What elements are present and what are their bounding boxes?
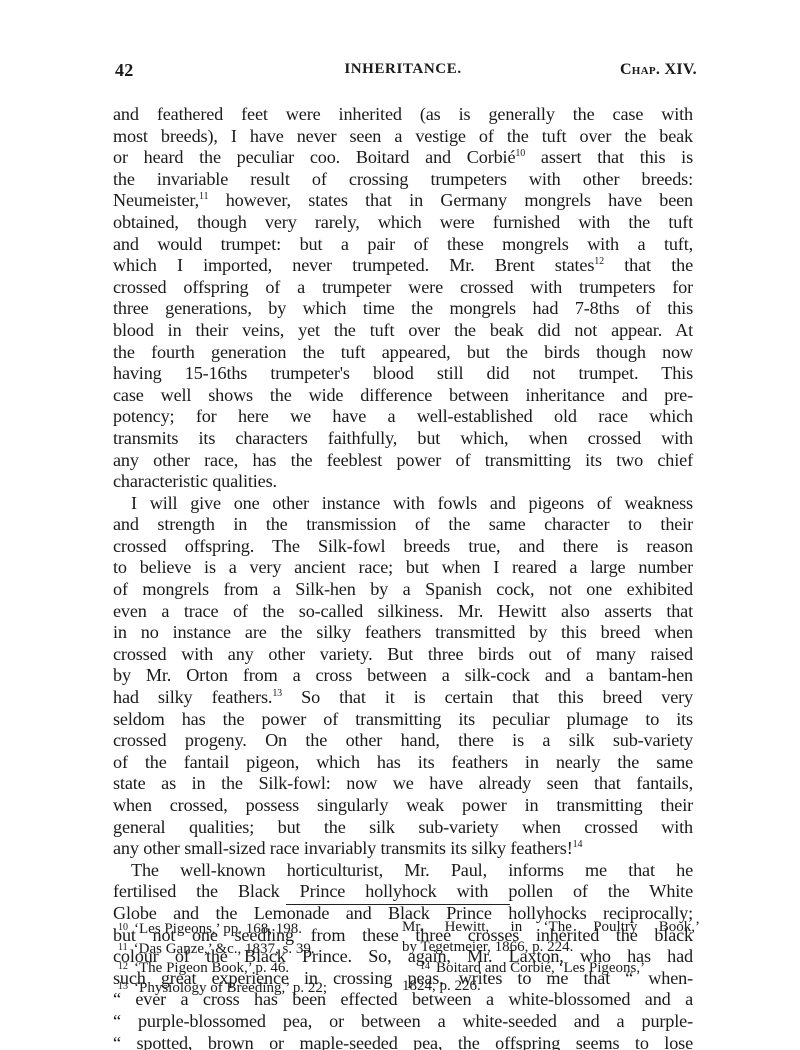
- footnote-line: 14Boitard and Corbié, ‘Les Pigeons,’: [402, 957, 700, 977]
- text-line: and would trumpet: but a pair of these m…: [113, 234, 693, 256]
- text-line: The well-known horticulturist, Mr. Paul,…: [113, 860, 693, 882]
- text-line: the invariable result of crossing trumpe…: [113, 169, 693, 191]
- text-line: and strength in the transmission of the …: [113, 514, 693, 536]
- footnote-number: 13: [118, 981, 128, 992]
- text-line: any other race, has the feeblest power o…: [113, 450, 693, 472]
- text-line: I will give one other instance with fowl…: [113, 493, 693, 515]
- text-line: Neumeister,11 however, states that in Ge…: [113, 190, 693, 212]
- text-line: of mongrels from a Silk-hen by a Spanish…: [113, 579, 693, 601]
- text-line: crossed with any other variety. But thre…: [113, 644, 693, 666]
- text-line: crossed offspring. The Silk-fowl breeds …: [113, 536, 693, 558]
- footnote-number: 12: [118, 961, 128, 972]
- footnote-line: 11‘Das Ganze,’ &c., 1837, s. 39.: [118, 938, 398, 958]
- text-line: three generations, by which time the mon…: [113, 298, 693, 320]
- text-line: even a trace of the so-called silkiness.…: [113, 601, 693, 623]
- footnotes-left-column: 10‘Les Pigeons,’ pp. 168, 198.11‘Das Gan…: [118, 918, 398, 996]
- footnote-line: 13‘Physiology of Breeding,’ p. 22;: [118, 977, 398, 997]
- footnote-ref[interactable]: 10: [515, 148, 525, 159]
- footnote-line: 12‘The Pigeon Book,’ p. 46.: [118, 957, 398, 977]
- text-line: fertilised the Black Prince hollyhock wi…: [113, 881, 693, 903]
- text-line: case well shows the wide difference betw…: [113, 385, 693, 407]
- chapter-label: Chap. XIV.: [620, 61, 697, 79]
- text-line: “ purple-blossomed pea, or between a whi…: [113, 1011, 693, 1033]
- footnote-number: 10: [118, 922, 128, 933]
- footnote-line: 10‘Les Pigeons,’ pp. 168, 198.: [118, 918, 398, 938]
- text-line: transmits its characters faithfully, but…: [113, 428, 693, 450]
- text-line: when crossed, possess singularly weak po…: [113, 795, 693, 817]
- text-line: general qualities; but the silk sub-vari…: [113, 817, 693, 839]
- footnote-line: 1824, p. 226.: [402, 977, 700, 997]
- text-line: having 15-16ths trumpeter's blood still …: [113, 363, 693, 385]
- text-line: the fourth generation the tuft appeared,…: [113, 342, 693, 364]
- text-line: characteristic qualities.: [113, 471, 693, 493]
- footnote-ref[interactable]: 11: [199, 191, 208, 202]
- text-line: which I imported, never trumpeted. Mr. B…: [113, 255, 693, 277]
- text-line: state as in the Silk-fowl: now we have a…: [113, 773, 693, 795]
- text-line: crossed offspring of a trumpeter were cr…: [113, 277, 693, 299]
- text-line: in no instance are the silky feathers tr…: [113, 622, 693, 644]
- text-line: crossed progeny. On the other hand, ther…: [113, 730, 693, 752]
- footnote-ref[interactable]: 13: [272, 688, 282, 699]
- text-line: most breeds), I have never seen a vestig…: [113, 126, 693, 148]
- text-line: “ spotted, brown or maple-seeded pea, th…: [113, 1033, 693, 1050]
- text-line: obtained, though very rarely, which were…: [113, 212, 693, 234]
- footnote-ref[interactable]: 12: [594, 256, 604, 267]
- text-line: of the fantail pigeon, which has its fea…: [113, 752, 693, 774]
- footnote-line: by Tegetmeier, 1866, p. 224.: [402, 938, 700, 958]
- footnote-line: Mr. Hewitt, in ‘The Poultry Book,’: [402, 918, 700, 938]
- text-line: and feathered feet were inherited (as is…: [113, 104, 693, 126]
- text-line: blood in their veins, yet the tuft over …: [113, 320, 693, 342]
- footnotes-right-column: Mr. Hewitt, in ‘The Poultry Book,’by Teg…: [402, 918, 700, 996]
- text-line: to believe is a very ancient race; but w…: [113, 557, 693, 579]
- text-line: had silky feathers.13 So that it is cert…: [113, 687, 693, 709]
- text-line: by Mr. Orton from a cross between a silk…: [113, 665, 693, 687]
- footnote-number: 14: [420, 961, 430, 972]
- book-page: 42 INHERITANCE. Chap. XIV. and feathered…: [113, 60, 693, 1050]
- text-line: any other small-sized race invariably tr…: [113, 838, 693, 860]
- footnote-ref[interactable]: 14: [573, 839, 583, 850]
- text-line: potency; for here we have a well-establi…: [113, 406, 693, 428]
- footnote-divider: [286, 904, 510, 905]
- body-text: and feathered feet were inherited (as is…: [113, 104, 693, 1050]
- text-line: seldom has the power of transmitting its…: [113, 709, 693, 731]
- text-line: or heard the peculiar coo. Boitard and C…: [113, 147, 693, 169]
- running-title: INHERITANCE.: [113, 61, 693, 78]
- running-head: 42 INHERITANCE. Chap. XIV.: [113, 60, 693, 84]
- footnote-number: 11: [118, 942, 128, 953]
